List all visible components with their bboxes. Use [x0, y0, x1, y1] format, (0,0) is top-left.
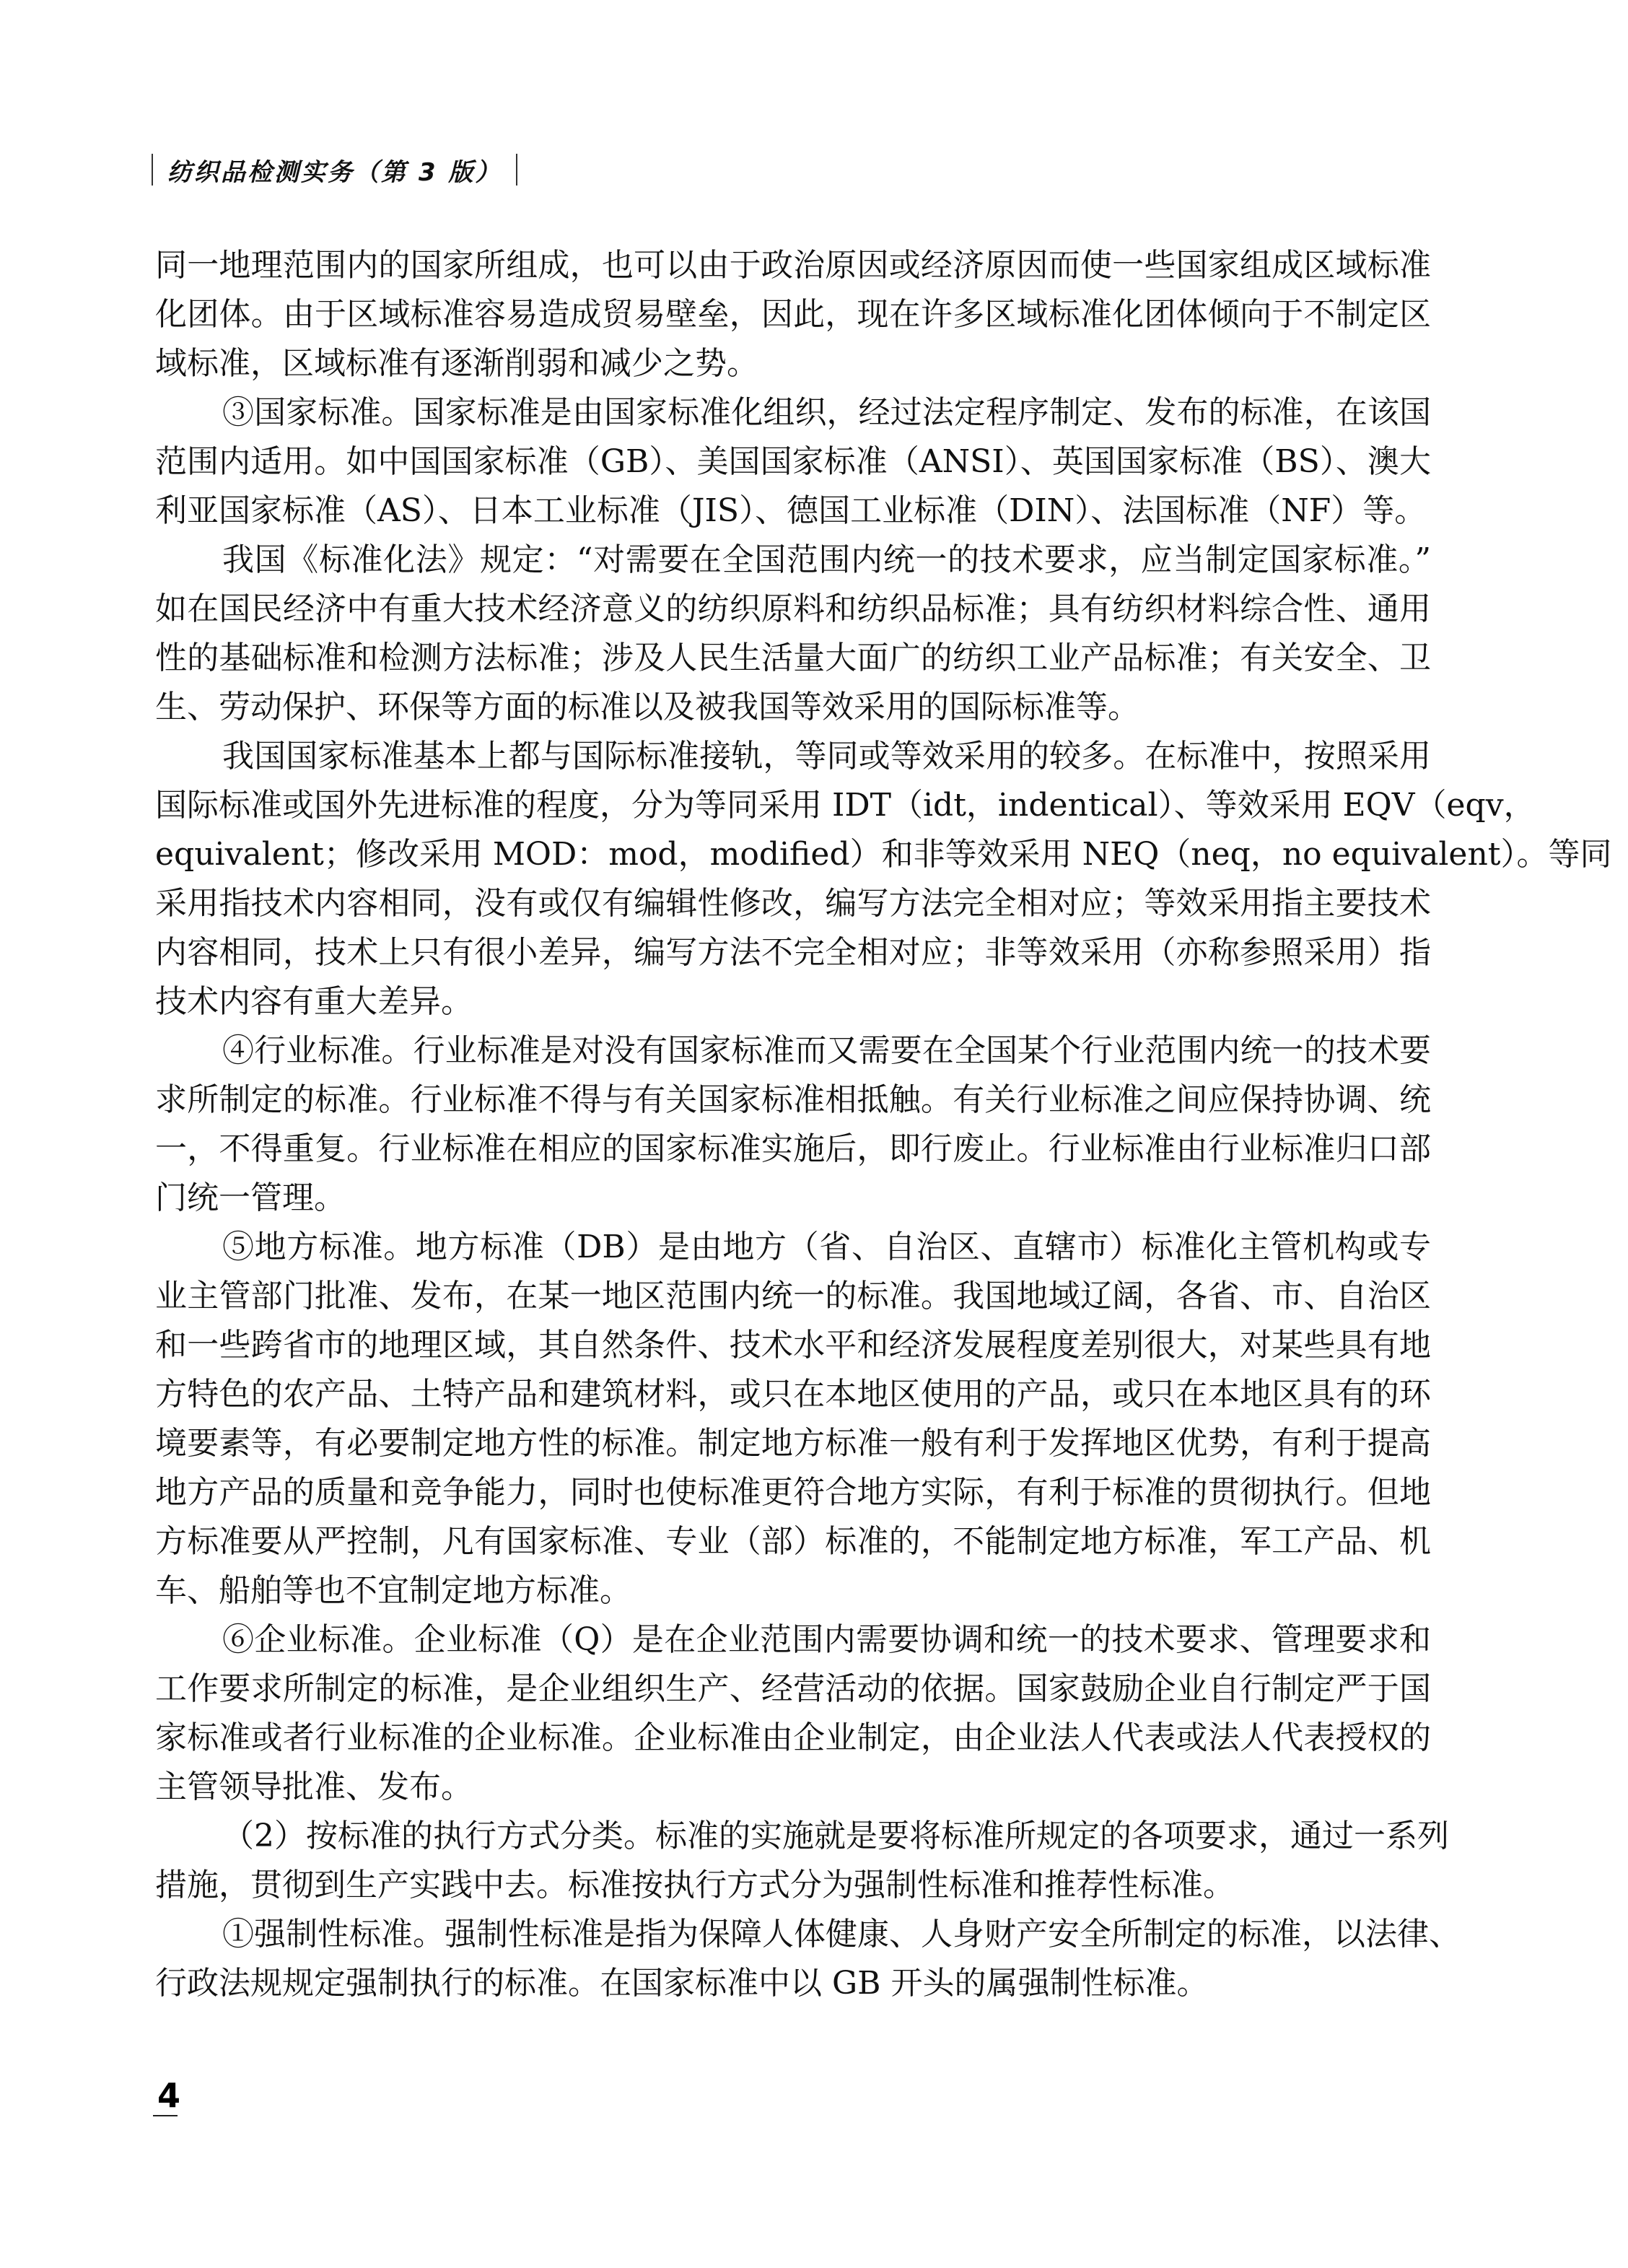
body-text: 同一地理范围内的国家所组成，也可以由于政治原因或经济原因而使一些国家组成区域标准… — [155, 241, 1431, 2008]
text-line: 地方产品的质量和竞争能力，同时也使标准更符合地方实际，有利于标准的贯彻执行。但地 — [155, 1468, 1431, 1517]
paragraph: 我国国家标准基本上都与国际标准接轨，等同或等效采用的较多。在标准中，按照采用国际… — [155, 732, 1431, 1026]
text-line: 门统一管理。 — [155, 1174, 1431, 1223]
text-line: 如在国民经济中有重大技术经济意义的纺织原料和纺织品标准；具有纺织材料综合性、通用 — [155, 585, 1431, 634]
text-line: 利亚国家标准（AS）、日本工业标准（JIS）、德国工业标准（DIN）、法国标准（… — [155, 487, 1431, 536]
text-line: ⑤地方标准。地方标准（DB）是由地方（省、自治区、直辖市）标准化主管机构或专 — [155, 1223, 1431, 1272]
text-line: 化团体。由于区域标准容易造成贸易壁垒，因此，现在许多区域标准化团体倾向于不制定区 — [155, 290, 1431, 339]
text-line: 技术内容有重大差异。 — [155, 977, 1431, 1026]
book-title: 纺织品检测实务（第 3 版） — [167, 152, 502, 188]
text-line: ⑥企业标准。企业标准（Q）是在企业范围内需要协调和统一的技术要求、管理要求和 — [155, 1615, 1431, 1665]
paragraph: ⑥企业标准。企业标准（Q）是在企业范围内需要协调和统一的技术要求、管理要求和工作… — [155, 1615, 1431, 1812]
page-number: 4 — [157, 2077, 180, 2114]
paragraph: ④行业标准。行业标准是对没有国家标准而又需要在全国某个行业范围内统一的技术要求所… — [155, 1026, 1431, 1223]
text-line: 和一些跨省市的地理区域，其自然条件、技术水平和经济发展程度差别很大，对某些具有地 — [155, 1321, 1431, 1370]
text-line: ③国家标准。国家标准是由国家标准化组织，经过法定程序制定、发布的标准，在该国 — [155, 388, 1431, 437]
running-header: 纺织品检测实务（第 3 版） — [152, 148, 517, 191]
text-line: 方特色的农产品、土特产品和建筑材料，或只在本地区使用的产品，或只在本地区具有的环 — [155, 1370, 1431, 1419]
text-line: 域标准，区域标准有逐渐削弱和减少之势。 — [155, 339, 1431, 388]
text-line: 求所制定的标准。行业标准不得与有关国家标准相抵触。有关行业标准之间应保持协调、统 — [155, 1076, 1431, 1125]
text-line: ④行业标准。行业标准是对没有国家标准而又需要在全国某个行业范围内统一的技术要 — [155, 1026, 1431, 1076]
text-line: 国际标准或国外先进标准的程度，分为等同采用 IDT（idt，indentical… — [155, 781, 1431, 830]
text-line: 我国《标准化法》规定：“对需要在全国范围内统一的技术要求，应当制定国家标准。” — [155, 536, 1431, 585]
text-line: （2）按标准的执行方式分类。标准的实施就是要将标准所规定的各项要求，通过一系列 — [155, 1812, 1431, 1861]
text-line: 方标准要从严控制，凡有国家标准、专业（部）标准的，不能制定地方标准，军工产品、机 — [155, 1517, 1431, 1566]
text-line: 内容相同，技术上只有很小差异，编写方法不完全相对应；非等效采用（亦称参照采用）指 — [155, 928, 1431, 977]
paragraph: 我国《标准化法》规定：“对需要在全国范围内统一的技术要求，应当制定国家标准。”如… — [155, 536, 1431, 732]
text-line: ①强制性标准。强制性标准是指为保障人体健康、人身财产安全所制定的标准，以法律、 — [155, 1910, 1431, 1959]
page-number-rule — [153, 2115, 178, 2116]
text-line: 我国国家标准基本上都与国际标准接轨，等同或等效采用的较多。在标准中，按照采用 — [155, 732, 1431, 781]
header-divider-left — [152, 154, 153, 186]
text-line: 业主管部门批准、发布，在某一地区范围内统一的标准。我国地域辽阔，各省、市、自治区 — [155, 1272, 1431, 1321]
text-line: equivalent；修改采用 MOD：mod，modified）和非等效采用 … — [155, 830, 1431, 879]
paragraph: （2）按标准的执行方式分类。标准的实施就是要将标准所规定的各项要求，通过一系列措… — [155, 1812, 1431, 1910]
text-line: 境要素等，有必要制定地方性的标准。制定地方标准一般有利于发挥地区优势，有利于提高 — [155, 1419, 1431, 1468]
paragraph: 同一地理范围内的国家所组成，也可以由于政治原因或经济原因而使一些国家组成区域标准… — [155, 241, 1431, 388]
text-line: 行政法规规定强制执行的标准。在国家标准中以 GB 开头的属强制性标准。 — [155, 1959, 1431, 2008]
paragraph: ③国家标准。国家标准是由国家标准化组织，经过法定程序制定、发布的标准，在该国范围… — [155, 388, 1431, 536]
text-line: 家标准或者行业标准的企业标准。企业标准由企业制定，由企业法人代表或法人代表授权的 — [155, 1714, 1431, 1763]
text-line: 措施，贯彻到生产实践中去。标准按执行方式分为强制性标准和推荐性标准。 — [155, 1861, 1431, 1910]
text-line: 工作要求所制定的标准，是企业组织生产、经营活动的依据。国家鼓励企业自行制定严于国 — [155, 1665, 1431, 1714]
text-line: 同一地理范围内的国家所组成，也可以由于政治原因或经济原因而使一些国家组成区域标准 — [155, 241, 1431, 290]
text-line: 车、船舶等也不宜制定地方标准。 — [155, 1566, 1431, 1615]
text-line: 采用指技术内容相同，没有或仅有编辑性修改，编写方法完全相对应；等效采用指主要技术 — [155, 879, 1431, 928]
text-line: 性的基础标准和检测方法标准；涉及人民生活量大面广的纺织工业产品标准；有关安全、卫 — [155, 634, 1431, 683]
header-divider-right — [516, 154, 517, 186]
paragraph: ⑤地方标准。地方标准（DB）是由地方（省、自治区、直辖市）标准化主管机构或专业主… — [155, 1223, 1431, 1615]
text-line: 生、劳动保护、环保等方面的标准以及被我国等效采用的国际标准等。 — [155, 683, 1431, 732]
text-line: 主管领导批准、发布。 — [155, 1763, 1431, 1812]
text-line: 一，不得重复。行业标准在相应的国家标准实施后，即行废止。行业标准由行业标准归口部 — [155, 1125, 1431, 1174]
text-line: 范围内适用。如中国国家标准（GB）、美国国家标准（ANSI）、英国国家标准（BS… — [155, 437, 1431, 487]
paragraph: ①强制性标准。强制性标准是指为保障人体健康、人身财产安全所制定的标准，以法律、行… — [155, 1910, 1431, 2008]
